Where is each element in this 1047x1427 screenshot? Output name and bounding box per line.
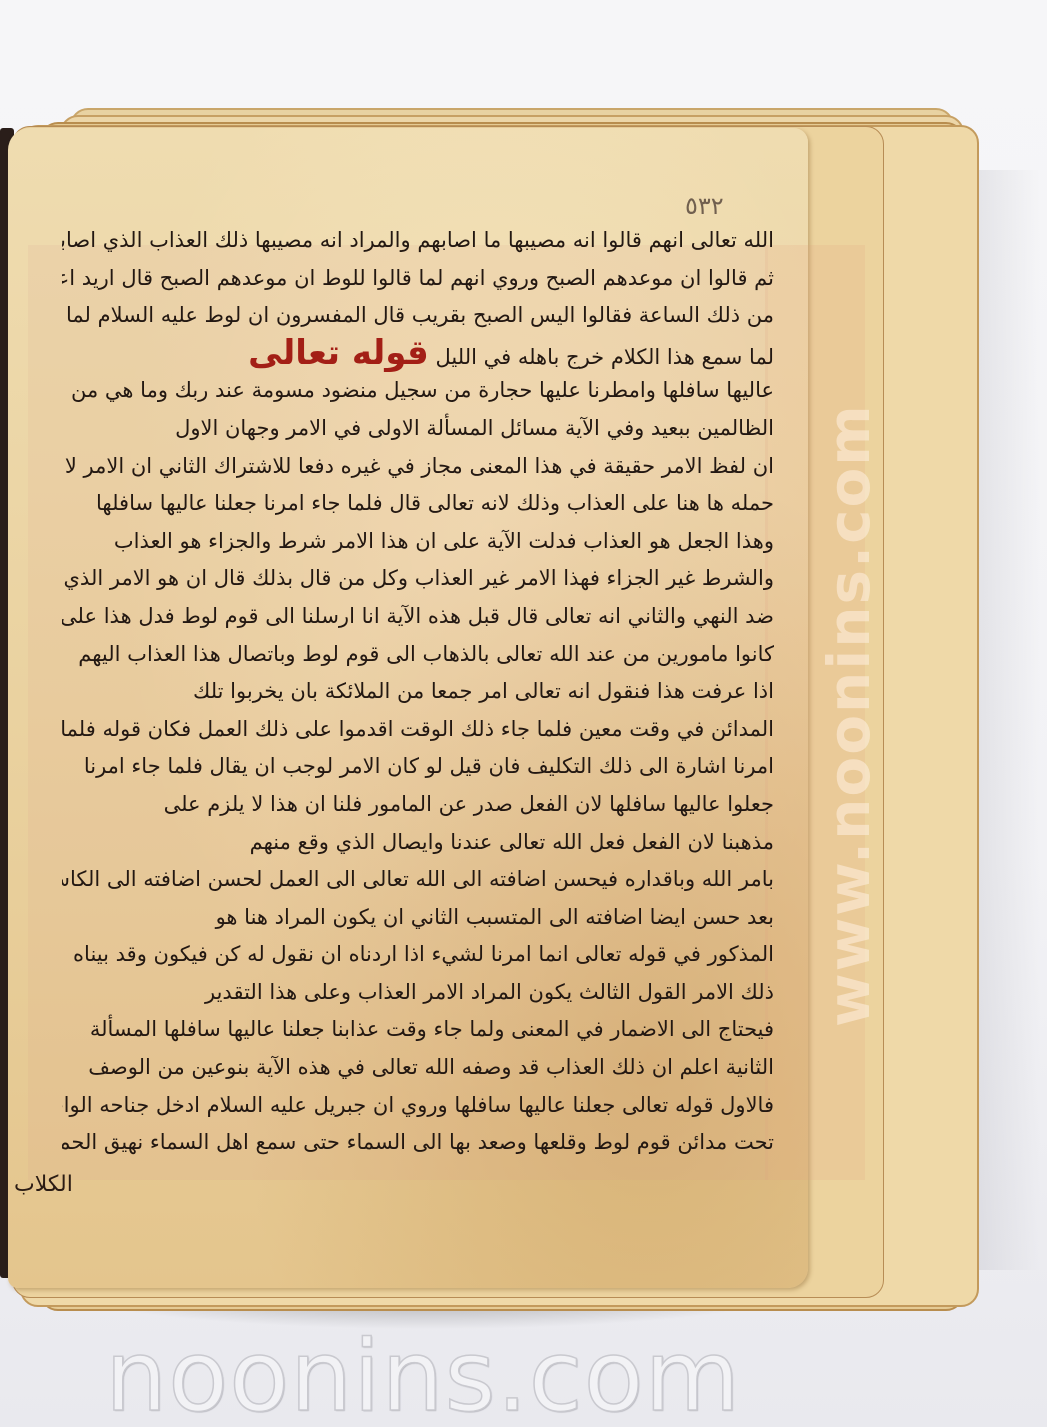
text-line: جعلوا عاليها سافلها لان الفعل صدر عن الم… [62, 786, 774, 824]
heading-rubric: قوله تعالى [248, 335, 429, 373]
text-line: فيحتاج الى الاضمار في المعنى ولما جاء وق… [62, 1011, 774, 1049]
text-line: فالاول قوله تعالى جعلنا عاليها سافلها ور… [62, 1087, 774, 1125]
text-line: ان لفظ الامر حقيقة في هذا المعنى مجاز في… [62, 448, 774, 486]
text-line: وهذا الجعل هو العذاب فدلت الآية على ان ه… [62, 523, 774, 561]
vertical-watermark: www.noonins.com [815, 250, 875, 1180]
text-line: تحت مدائن قوم لوط وقلعها وصعد بها الى ال… [62, 1124, 774, 1162]
folio-number: ٥٣٢ [685, 192, 724, 220]
manuscript-text: الله تعالى انهم قالوا انه مصيبها ما اصاب… [62, 222, 774, 1162]
text-line: الظالمين ببعيد وفي الآية مسائل المسألة ا… [62, 410, 774, 448]
text-line-with-rubric: لما سمع هذا الكلام خرج باهله في الليل قو… [62, 335, 774, 373]
text-line: من ذلك الساعة فقالوا اليس الصبح بقريب قا… [62, 297, 774, 335]
text-line: كانوا مامورين من عند الله تعالى بالذهاب … [62, 636, 774, 674]
bottom-watermark: noonins.com [105, 1320, 741, 1427]
catchword: الكلاب [14, 1172, 73, 1197]
text-line: ثم قالوا ان موعدهم الصبح وروي انهم لما ق… [62, 260, 774, 298]
text-line: بامر الله وباقداره فيحسن اضافته الى الله… [62, 861, 774, 899]
text-line: مذهبنا لان الفعل فعل الله تعالى عندنا وا… [62, 824, 774, 862]
text-line: بعد حسن ايضا اضافته الى المتسبب الثاني ا… [62, 899, 774, 937]
text-line: المذكور في قوله تعالى انما امرنا لشيء اذ… [62, 936, 774, 974]
text-line-fragment: لما سمع هذا الكلام خرج باهله في الليل [436, 345, 775, 369]
text-line: امرنا اشارة الى ذلك التكليف فان قيل لو ك… [62, 748, 774, 786]
text-line: اذا عرفت هذا فنقول انه تعالى امر جمعا من… [62, 673, 774, 711]
text-line: الثانية اعلم ان ذلك العذاب قد وصفه الله … [62, 1049, 774, 1087]
text-line: المدائن في وقت معين فلما جاء ذلك الوقت ا… [62, 711, 774, 749]
text-line: والشرط غير الجزاء فهذا الامر غير العذاب … [62, 560, 774, 598]
text-line: حمله ها هنا على العذاب وذلك لانه تعالى ق… [62, 485, 774, 523]
text-line: ذلك الامر القول الثالث يكون المراد الامر… [62, 974, 774, 1012]
text-line: الله تعالى انهم قالوا انه مصيبها ما اصاب… [62, 222, 774, 260]
text-line: عاليها سافلها وامطرنا عليها حجارة من سجي… [62, 372, 774, 410]
text-line: ضد النهي والثاني انه تعالى قال قبل هذه ا… [62, 598, 774, 636]
